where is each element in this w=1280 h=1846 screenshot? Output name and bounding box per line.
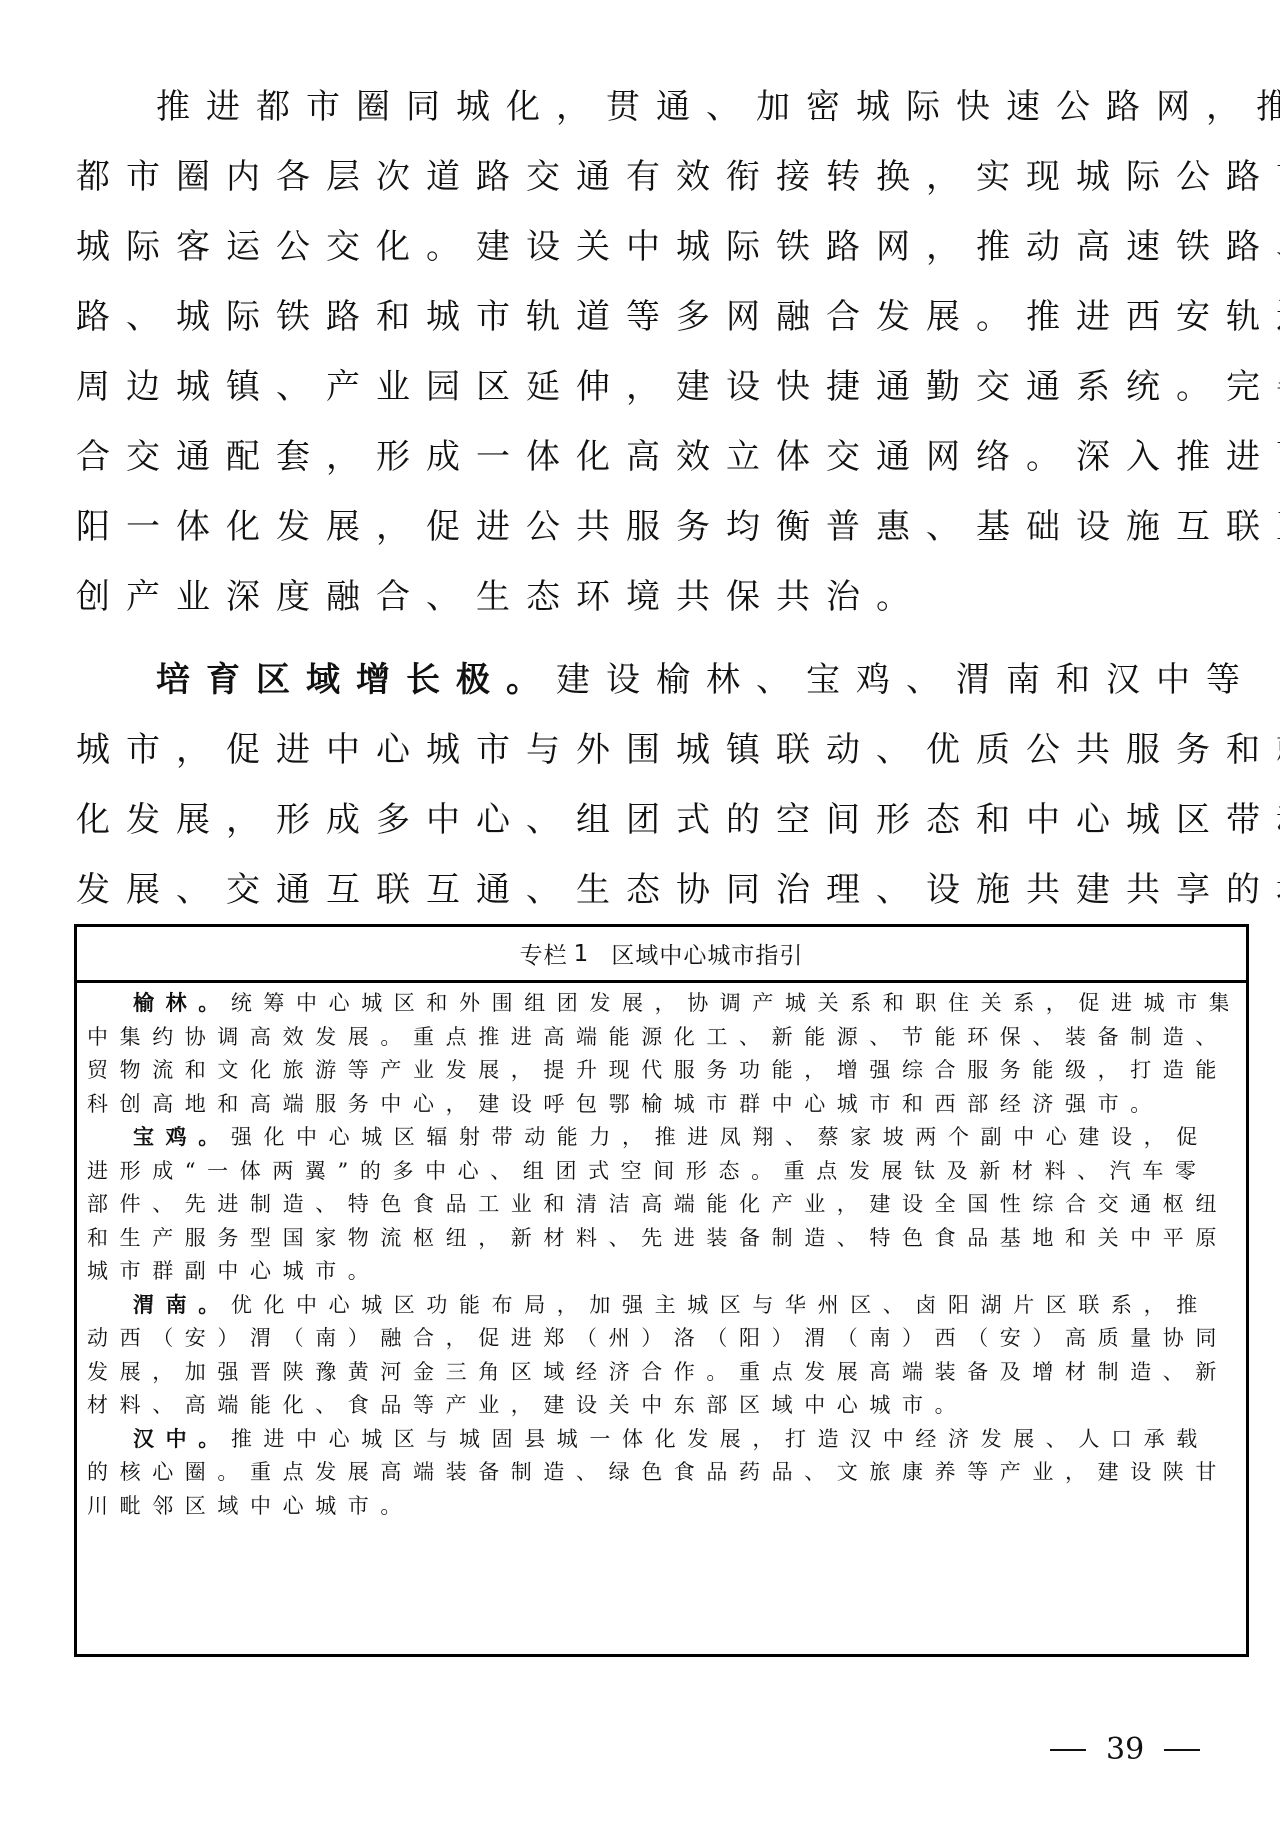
text-line: 汉中。推进中心城区与城固县城一体化发展，打造汉中经济发展、人口承载 [87, 1423, 1228, 1457]
text-line: 城际客运公交化。建设关中城际铁路网，推动高速铁路、普速铁 [76, 212, 1200, 282]
text-line: 推进都市圈同城化，贯通、加密城际快速公路网，推进西安 [76, 72, 1200, 142]
paragraph-heading: 培育区域增长极。 [156, 660, 556, 700]
text-line: 城市，促进中心城市与外围城镇联动、优质公共服务和就业功能区域 [76, 715, 1200, 785]
text-line: 动西（安）渭（南）融合，促进郑（州）洛（阳）渭（南）西（安）高质量协同 [87, 1322, 1228, 1356]
text-line: 部件、先进制造、特色食品工业和清洁高端能化产业，建设全国性综合交通枢纽 [87, 1188, 1228, 1222]
text-line: 贸物流和文化旅游等产业发展，提升现代服务功能，增强综合服务能级，打造能源 [87, 1054, 1228, 1088]
text-line: 和生产服务型国家物流枢纽，新材料、先进装备制造、特色食品基地和关中平原 [87, 1222, 1228, 1256]
text-line: 化发展，形成多中心、组团式的空间形态和中心城区带动、产业协同 [76, 785, 1200, 855]
city-section-hanzhong: 汉中。推进中心城区与城固县城一体化发展，打造汉中经济发展、人口承载 的核心圈。重… [87, 1423, 1228, 1524]
page-number-value: 39 [1106, 1732, 1144, 1767]
text-line: 城市群副中心城市。 [87, 1255, 1228, 1289]
dash-right [1164, 1749, 1200, 1751]
text-line: 培育区域增长极。建设榆林、宝鸡、渭南和汉中等 4 个区域中心 [76, 645, 1200, 715]
city-section-yulin: 榆林。统筹中心城区和外围组团发展，协调产城关系和职住关系，促进城市集 中集约协调… [87, 987, 1228, 1121]
city-name: 榆林。 [133, 991, 231, 1015]
text-line: 发展、交通互联互通、生态协同治理、设施共建共享的城镇圈。 [76, 855, 1200, 925]
text-run: 建设榆林、宝鸡、渭南和汉中等 4 个区域中心 [556, 660, 1280, 700]
text-line: 的核心圈。重点发展高端装备制造、绿色食品药品、文旅康养等产业，建设陕甘 [87, 1456, 1228, 1490]
city-section-weinan: 渭南。优化中心城区功能布局，加强主城区与华州区、卤阳湖片区联系，推 动西（安）渭… [87, 1289, 1228, 1423]
text-line: 阳一体化发展，促进公共服务均衡普惠、基础设施互联互通、科 [76, 492, 1200, 562]
text-line: 中集约协调高效发展。重点推进高端能源化工、新能源、节能环保、装备制造、商 [87, 1021, 1228, 1055]
text-line: 进形成“一体两翼”的多中心、组团式空间形态。重点发展钛及新材料、汽车零 [87, 1155, 1228, 1189]
text-line: 路、城际铁路和城市轨道等多网融合发展。推进西安轨道交通向 [76, 282, 1200, 352]
column-box: 专栏 1 区域中心城市指引 榆林。统筹中心城区和外围组团发展，协调产城关系和职住… [74, 924, 1249, 1657]
dash-left [1050, 1749, 1086, 1751]
city-section-baoji: 宝鸡。强化中心城区辐射带动能力，推进凤翔、蔡家坡两个副中心建设，促 进形成“一体… [87, 1121, 1228, 1289]
text-run: 优化中心城区功能布局，加强主城区与华州区、卤阳湖片区联系，推 [231, 1293, 1209, 1317]
text-line: 发展，加强晋陕豫黄河金三角区域经济合作。重点发展高端装备及增材制造、新 [87, 1356, 1228, 1390]
paragraph-regional-growth-poles: 培育区域增长极。建设榆林、宝鸡、渭南和汉中等 4 个区域中心 城市，促进中心城市… [76, 645, 1200, 925]
text-run: 统筹中心城区和外围组团发展，协调产城关系和职住关系，促进城市集 [231, 991, 1228, 1015]
text-line: 宝鸡。强化中心城区辐射带动能力，推进凤翔、蔡家坡两个副中心建设，促 [87, 1121, 1228, 1155]
city-name: 渭南。 [133, 1293, 231, 1317]
text-line: 合交通配套，形成一体化高效立体交通网络。深入推进西安—咸 [76, 422, 1200, 492]
text-line: 周边城镇、产业园区延伸，建设快捷通勤交通系统。完善空港综 [76, 352, 1200, 422]
text-line: 都市圈内各层次道路交通有效衔接转换，实现城际公路市政化和 [76, 142, 1200, 212]
text-line: 渭南。优化中心城区功能布局，加强主城区与华州区、卤阳湖片区联系，推 [87, 1289, 1228, 1323]
text-run: 强化中心城区辐射带动能力，推进凤翔、蔡家坡两个副中心建设，促 [231, 1125, 1209, 1149]
document-page: 推进都市圈同城化，贯通、加密城际快速公路网，推进西安 都市圈内各层次道路交通有效… [0, 0, 1280, 1846]
text-line: 川毗邻区域中心城市。 [87, 1490, 1228, 1524]
page-number: 39 [1050, 1732, 1200, 1767]
text-line: 科创高地和高端服务中心，建设呼包鄂榆城市群中心城市和西部经济强市。 [87, 1088, 1228, 1122]
column-title: 区域中心城市指引 [611, 937, 803, 970]
text-line: 材料、高端能化、食品等产业，建设关中东部区域中心城市。 [87, 1389, 1228, 1423]
text-line: 创产业深度融合、生态环境共保共治。 [76, 562, 1200, 632]
column-label: 专栏 [520, 937, 568, 970]
column-number: 1 [574, 941, 590, 967]
text-line: 榆林。统筹中心城区和外围组团发展，协调产城关系和职住关系，促进城市集 [87, 987, 1228, 1021]
text-run: 推进中心城区与城固县城一体化发展，打造汉中经济发展、人口承载 [231, 1427, 1209, 1451]
column-box-header: 专栏 1 区域中心城市指引 [77, 927, 1246, 983]
column-box-body: 榆林。统筹中心城区和外围组团发展，协调产城关系和职住关系，促进城市集 中集约协调… [77, 983, 1246, 1523]
city-name: 宝鸡。 [133, 1125, 231, 1149]
paragraph-metro-integration: 推进都市圈同城化，贯通、加密城际快速公路网，推进西安 都市圈内各层次道路交通有效… [76, 72, 1200, 632]
city-name: 汉中。 [133, 1427, 231, 1451]
